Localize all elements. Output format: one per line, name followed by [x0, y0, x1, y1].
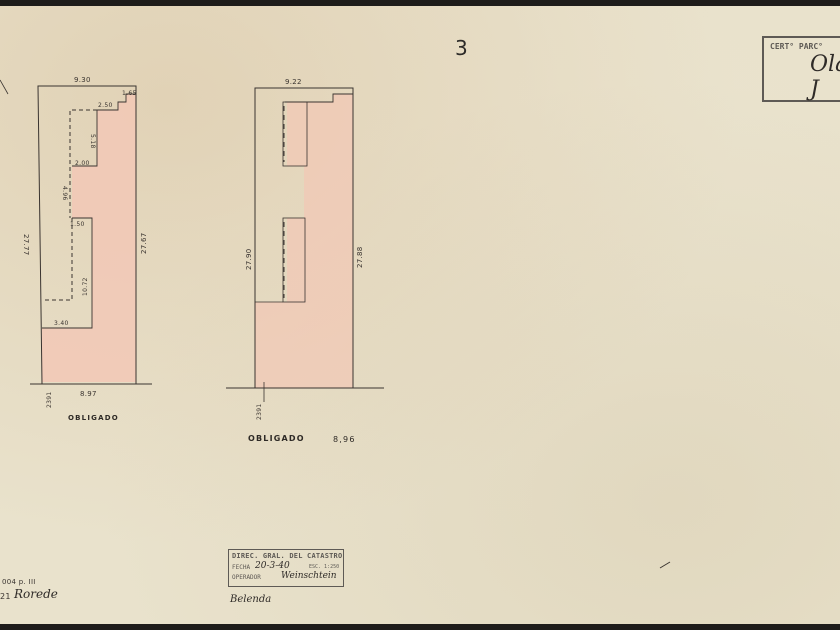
footer-sign-number: 21 [0, 592, 11, 601]
right-side-dimension: 27.67 [140, 232, 148, 254]
fecha-label: FECHA [232, 564, 250, 571]
left-lot-plan [0, 80, 152, 384]
operador-label: OPERADOR [232, 574, 261, 581]
inner-dim-8: 10.72 [82, 277, 89, 296]
plans-drawing [0, 6, 840, 624]
left-street-name: OBLIGADO [68, 414, 119, 422]
certificate-signature: Ola J [810, 52, 840, 102]
inner-dim-1: 1.65 [122, 90, 137, 97]
left-corner-number: 2391 [46, 392, 53, 408]
right-street-name: OBLIGADO [248, 434, 305, 443]
right-lot-plan [226, 88, 384, 402]
right-left-side-dimension: 27.90 [245, 248, 253, 270]
inner-dim-9: 3.40 [54, 320, 69, 327]
right-right-side-dimension: 27.88 [356, 246, 364, 268]
left-side-dimension: 27.77 [22, 234, 30, 256]
certificate-stamp: CERT° PARC° Ola J [762, 36, 840, 102]
catastro-title: DIREC. GRAL. DEL CATASTRO [232, 552, 342, 560]
operador-value: Weinschtein [281, 571, 337, 581]
left-bottom-dimension: 8.97 [80, 390, 97, 398]
escala: ESC. 1:250 [309, 564, 339, 570]
right-corner-number: 2391 [256, 404, 263, 420]
inner-dim-7: 1.50 [70, 221, 85, 228]
fecha-value: 20-3-40 [255, 561, 290, 571]
footer-reference: 004 p. III [2, 578, 36, 586]
inner-dim-5: 2.00 [75, 160, 90, 167]
footer-left-signature: Rorede [14, 587, 58, 601]
left-top-dimension: 9.30 [74, 76, 91, 84]
inner-dim-2: 2.50 [98, 102, 113, 109]
document-sheet: 3 9.30 27.77 27.67 1.65 2.50 5.18 2.00 4… [0, 6, 840, 624]
right-frontage: 8,96 [333, 435, 356, 444]
catastro-stamp: DIREC. GRAL. DEL CATASTRO FECHA 20-3-40 … [228, 549, 344, 587]
inner-dim-6: 4.96 [61, 186, 68, 201]
certificate-stamp-text: CERT° PARC° [770, 42, 823, 51]
right-top-dimension: 9.22 [285, 78, 302, 86]
footer-center-signature: Belenda [230, 594, 271, 605]
page-number: 3 [455, 36, 468, 60]
inner-dim-4: 5.18 [89, 134, 96, 149]
